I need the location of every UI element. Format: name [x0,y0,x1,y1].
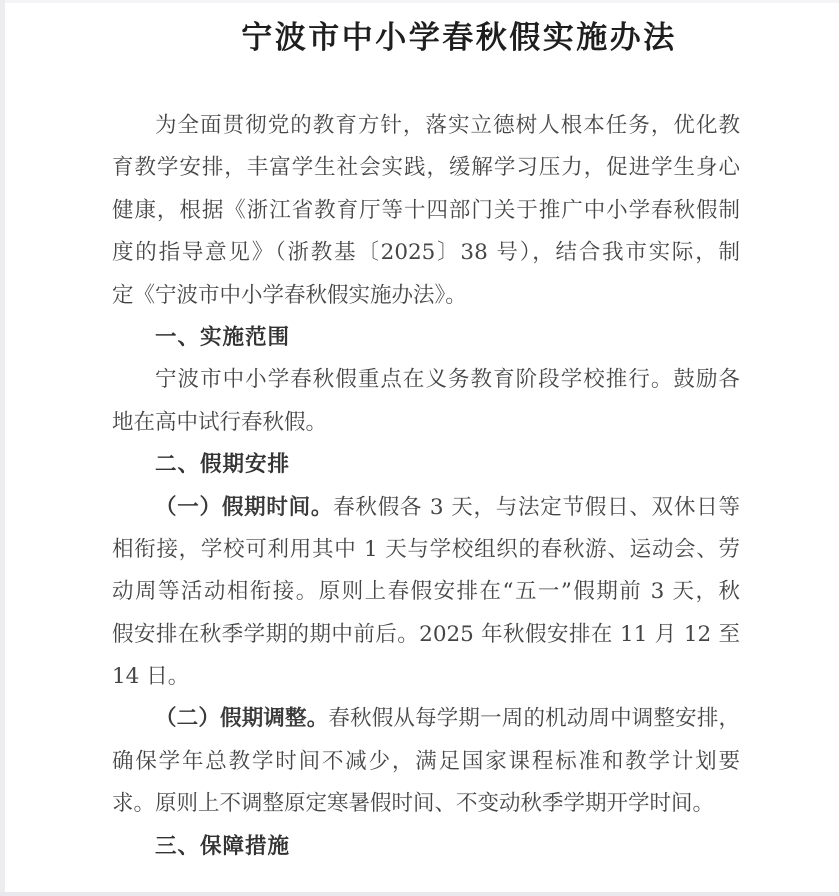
paragraph-line: 宁波市中小学春秋假重点在义务教育阶段学校推行。鼓励各 [112,359,740,401]
section-heading-schedule: 二、假期安排 [112,444,740,486]
paragraph-line: （一）假期时间。春秋假各 3 天，与法定节假日、双休日等 [112,487,740,529]
page-edge-left [0,0,5,896]
paragraph-line: 度的指导意见》（浙教基〔2025〕38 号），结合我市实际，制 [112,232,740,274]
paragraph-line: （二）假期调整。春秋假从每学期一周的机动周中调整安排， [112,698,740,740]
paragraph-line-text: 春秋假各 3 天，与法定节假日、双休日等 [333,495,740,520]
paragraph-line: 14 日。 [112,656,740,698]
page-edge-top [0,0,839,3]
paragraph-line: 动周等活动相衔接。原则上春假安排在“五一”假期前 3 天，秋 [112,571,740,613]
paragraph-line: 求。原则上不调整原定寒暑假时间、不变动秋季学期开学时间。 [112,783,740,825]
paragraph-line: 确保学年总教学时间不减少，满足国家课程标准和教学计划要 [112,741,740,783]
paragraph-line: 育教学安排，丰富学生社会实践，缓解学习压力，促进学生身心 [112,147,740,189]
paragraph-line-text: 春秋假从每学期一周的机动周中调整安排， [328,706,740,731]
page-edge-bottom [0,892,839,896]
paragraph-line: 定《宁波市中小学春秋假实施办法》。 [112,275,740,317]
document-title: 宁波市中小学春秋假实施办法 [145,17,773,59]
paragraph-line: 健康，根据《浙江省教育厅等十四部门关于推广中小学春秋假制 [112,190,740,232]
paragraph-line: 地在高中试行春秋假。 [112,402,740,444]
paragraph-line: 为全面贯彻党的教育方针，落实立德树人根本任务，优化教 [112,105,740,147]
paragraph-line: 相衔接，学校可利用其中 1 天与学校组织的春秋游、运动会、劳 [112,529,740,571]
subitem-label: （二）假期调整。 [155,706,328,731]
document-body: 为全面贯彻党的教育方针，落实立德树人根本任务，优化教 育教学安排，丰富学生社会实… [112,105,740,868]
section-heading-safeguards: 三、保障措施 [112,826,740,868]
document-page: 宁波市中小学春秋假实施办法 为全面贯彻党的教育方针，落实立德树人根本任务，优化教… [0,0,839,896]
section-heading-scope: 一、实施范围 [112,317,740,359]
subitem-label: （一）假期时间。 [155,495,333,520]
paragraph-line: 假安排在秋季学期的期中前后。2025 年秋假安排在 11 月 12 至 [112,614,740,656]
